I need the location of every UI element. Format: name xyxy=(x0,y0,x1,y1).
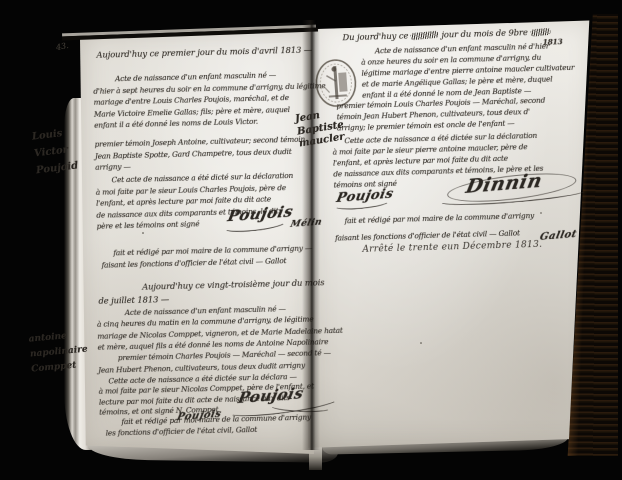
signature-officer: Gallot xyxy=(540,223,577,243)
heading-end: jour du mois de 9bre xyxy=(441,27,528,39)
act-november-paragraph-2: premier témoin Louis Charles Poujois — M… xyxy=(336,96,546,135)
scanned-register-photo: 43. Aujourd'huy ce premier jour du mois … xyxy=(0,0,622,480)
act-july-closing: fait et rédigé par moi maire de la commu… xyxy=(105,413,311,439)
act-november-heading: Du jourd'huy ce jour du mois de 9bre xyxy=(342,26,550,42)
heading-start: Du jourd'huy ce xyxy=(342,30,408,42)
signature-father-november: Poujois xyxy=(337,184,393,205)
book-gutter-shadow xyxy=(302,20,320,450)
left-page-text: Aujourd'huy ce premier jour du mois d'av… xyxy=(84,30,324,453)
ink-scribble xyxy=(411,31,440,41)
signature-flourish-july: Poujois xyxy=(239,385,304,406)
act-april-heading: Aujourd'huy ce premier jour du mois d'av… xyxy=(96,44,312,59)
page-corner-mark: 43. xyxy=(55,41,69,52)
margin-note-louis-victor: Louis Victor Poujoid xyxy=(31,124,79,180)
act-april-paragraph-1: Acte de naissance d'un enfant masculin n… xyxy=(93,68,327,132)
act-april-paragraph-2: premier témoin Joseph Antoine, cultivate… xyxy=(95,134,306,174)
signature-father-april: Poujois xyxy=(228,203,293,224)
margin-note-jean-baptiste: Jean Baptiste maucler xyxy=(294,107,346,151)
ink-scribble xyxy=(530,28,551,37)
act-april-closing: fait et rédigé par moi maire de la commu… xyxy=(101,242,312,271)
signature-witness-november: Dinnin xyxy=(466,172,541,196)
act-november-paragraph-1: Acte de naissance d'un enfant masculin n… xyxy=(361,41,575,101)
right-page-text: Du jourd'huy ce jour du mois de 9bre 181… xyxy=(316,12,600,439)
margin-note-antoine: antoine napolinaire Comppet xyxy=(28,328,89,378)
